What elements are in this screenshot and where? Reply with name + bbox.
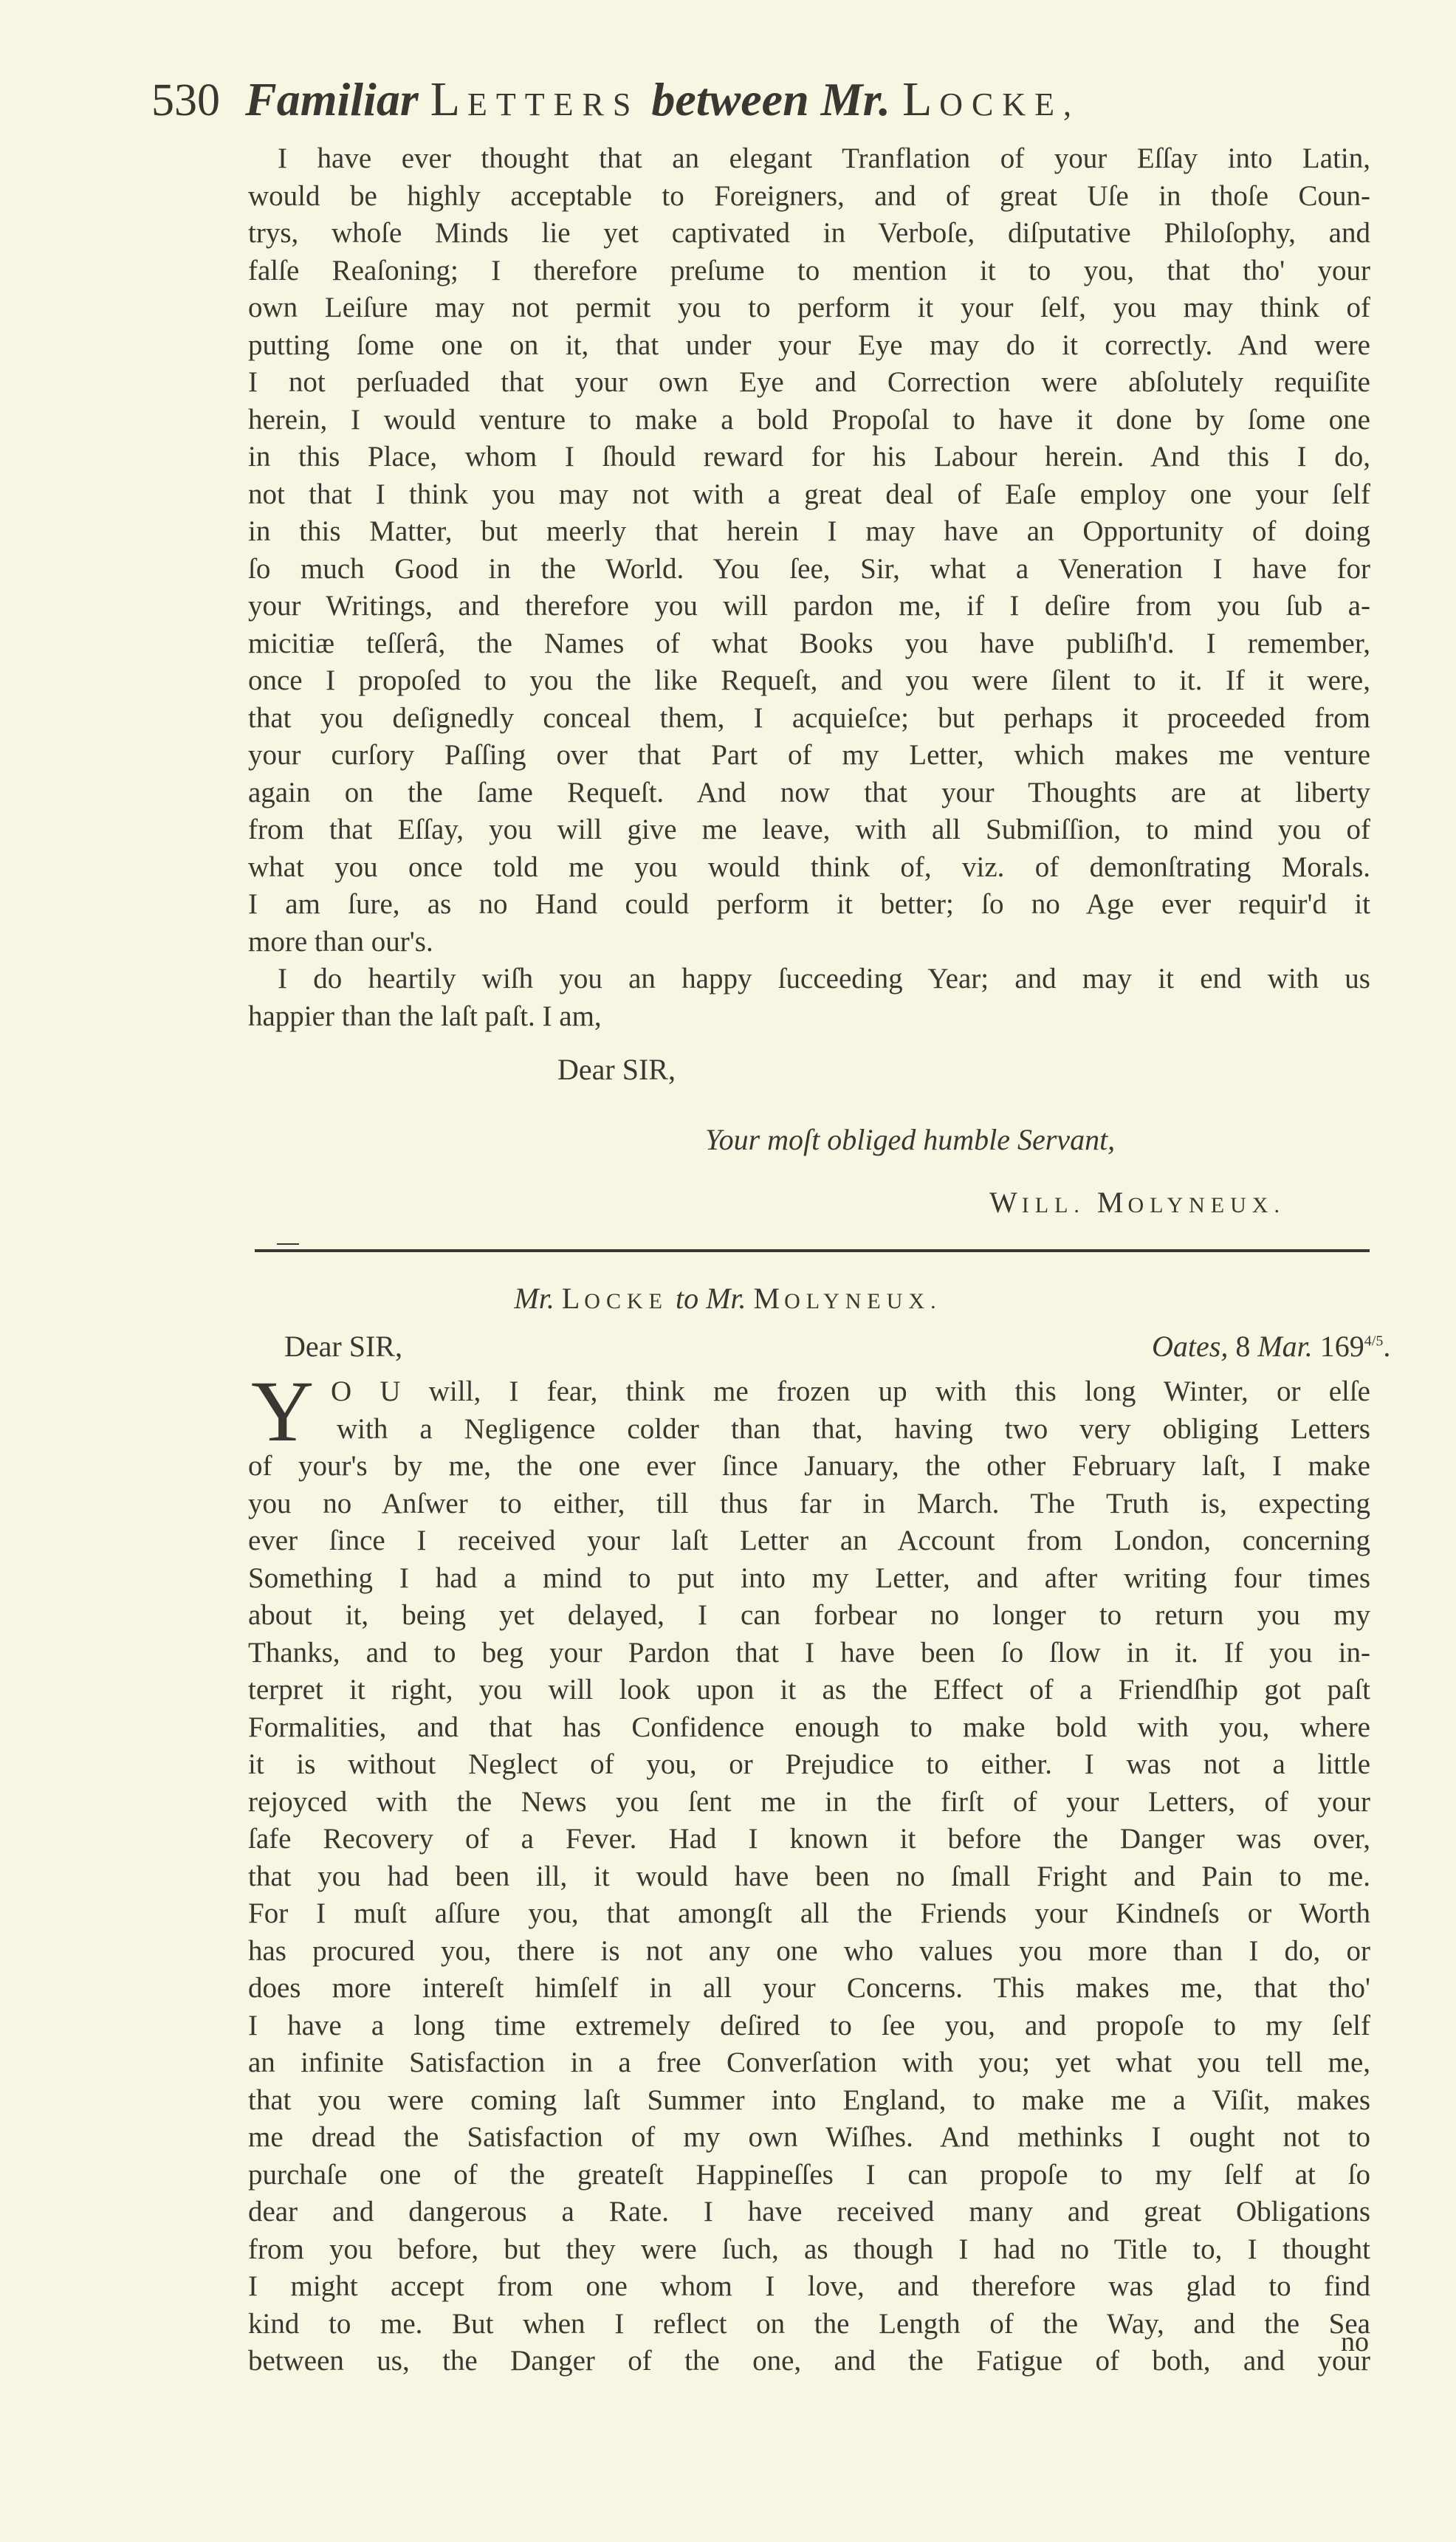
letter1-paragraph1: I have ever thought that an elegant Tran… [248, 140, 1370, 1035]
letter1-signature: WILL. MOLYNEUX. [989, 1185, 1285, 1220]
text-line: would be highly acceptable to Foreigners… [248, 178, 1370, 216]
header-word-letters: LETTERS [430, 72, 640, 126]
text-line: from you before, but they were ſuch, as … [248, 2231, 1370, 2269]
text-line: happier than the laſt paſt. I am, [248, 998, 1370, 1036]
section-divider [255, 1249, 1370, 1252]
header-word-mr: Mr. [821, 73, 890, 126]
header-word-between: between [651, 73, 808, 126]
text-line: that you had been ill, it would have bee… [248, 1858, 1370, 1896]
catchword: no [1341, 2326, 1369, 2358]
text-line: once I propoſed to you the like Requeſt,… [248, 662, 1370, 700]
text-line: more than our's. [248, 924, 1370, 961]
text-line: of your's by me, the one ever ſince Janu… [248, 1448, 1370, 1485]
text-line: I have ever thought that an elegant Tran… [248, 140, 1370, 178]
text-line: Thanks, and to beg your Pardon that I ha… [248, 1635, 1370, 1672]
text-line: micitiæ teſſerâ, the Names of what Books… [248, 625, 1370, 663]
letter2-opening-lines: O U will, I fear, think me frozen up wit… [331, 1373, 1370, 1448]
text-line: I might accept from one whom I love, and… [248, 2268, 1370, 2306]
book-page: 530 Familiar LETTERS between Mr. LOCKE, … [0, 0, 1456, 2542]
text-line: you no Anſwer to either, till thus far i… [248, 1485, 1370, 1523]
text-line: what you once told me you would think of… [248, 849, 1370, 887]
text-line: your Writings, and therefore you will pa… [248, 588, 1370, 625]
text-line: herein, I would venture to make a bold P… [248, 402, 1370, 439]
text-line: in this Matter, but meerly that herein I… [248, 513, 1370, 551]
letter2-dateline: Oates, 8 Mar. 1694/5. [1152, 1329, 1390, 1364]
letter1-salutation: Dear SIR, [557, 1052, 676, 1087]
letter2-body: of your's by me, the one ever ſince Janu… [248, 1448, 1370, 2380]
text-line: dear and dangerous a Rate. I have receiv… [248, 2194, 1370, 2231]
text-line: ſo much Good in the World. You ſee, Sir,… [248, 551, 1370, 588]
text-line: own Leiſure may not permit you to perfor… [248, 289, 1370, 327]
page-number: 530 [151, 75, 220, 126]
text-line: has procured you, there is not any one w… [248, 1933, 1370, 1971]
text-line: that you were coming laſt Summer into En… [248, 2082, 1370, 2120]
text-line: again on the ſame Requeſt. And now that … [248, 774, 1370, 812]
text-line: rejoyced with the News you ſent me in th… [248, 1784, 1370, 1821]
text-line: between us, the Danger of the one, and t… [248, 2343, 1370, 2380]
header-word-familiar: Familiar [245, 73, 419, 126]
text-line: not that I think you may not with a grea… [248, 476, 1370, 514]
text-line: ſafe Recovery of a Fever. Had I known it… [248, 1821, 1370, 1858]
text-line: Something I had a mind to put into my Le… [248, 1560, 1370, 1598]
running-header: 530 Familiar LETTERS between Mr. LOCKE, [151, 70, 1362, 134]
text-line: O U will, I fear, think me frozen up wit… [331, 1373, 1370, 1411]
text-line: in this Place, whom I ſhould reward for … [248, 439, 1370, 476]
text-line: an infinite Satisfaction in a free Conve… [248, 2044, 1370, 2082]
text-line: your curſory Paſſing over that Part of m… [248, 737, 1370, 774]
drop-cap: Y [251, 1375, 314, 1449]
text-line: falſe Reaſoning; I therefore preſume to … [248, 253, 1370, 290]
text-line: trys, whoſe Minds lie yet captivated in … [248, 215, 1370, 253]
text-line: from that Eſſay, you will give me leave,… [248, 811, 1370, 849]
header-word-locke: LOCKE, [902, 72, 1080, 126]
letter2-title: Mr. LOCKE to Mr. MOLYNEUX. [0, 1281, 1456, 1316]
letter2-salutation: Dear SIR, [284, 1329, 402, 1364]
text-line: it is without Neglect of you, or Prejudi… [248, 1746, 1370, 1784]
text-line: terpret it right, you will look upon it … [248, 1672, 1370, 1709]
text-line: kind to me. But when I reflect on the Le… [248, 2306, 1370, 2343]
text-line: For I muſt aſſure you, that amongſt all … [248, 1895, 1370, 1933]
text-line: I have a long time extremely deſired to … [248, 2007, 1370, 2045]
text-line: Formalities, and that has Confidence eno… [248, 1709, 1370, 1747]
text-line: ever ſince I received your laſt Letter a… [248, 1522, 1370, 1560]
text-line: that you deſignedly conceal them, I acqu… [248, 700, 1370, 738]
text-line: about it, being yet delayed, I can forbe… [248, 1597, 1370, 1635]
text-line: with a Negligence colder than that, havi… [331, 1411, 1370, 1449]
text-line: I do heartily wiſh you an happy ſucceedi… [248, 961, 1370, 998]
text-line: does more intereſt himſelf in all your C… [248, 1970, 1370, 2007]
text-line: me dread the Satisfaction of my own Wiſh… [248, 2119, 1370, 2157]
text-line: purchaſe one of the greateſt Happineſſes… [248, 2157, 1370, 2194]
letter1-closing: Your moſt obliged humble Servant, [705, 1122, 1115, 1157]
divider-mark [277, 1243, 299, 1245]
text-line: I am ſure, as no Hand could perform it b… [248, 886, 1370, 924]
text-line: putting ſome one on it, that under your … [248, 327, 1370, 365]
text-line: I not perſuaded that your own Eye and Co… [248, 364, 1370, 402]
